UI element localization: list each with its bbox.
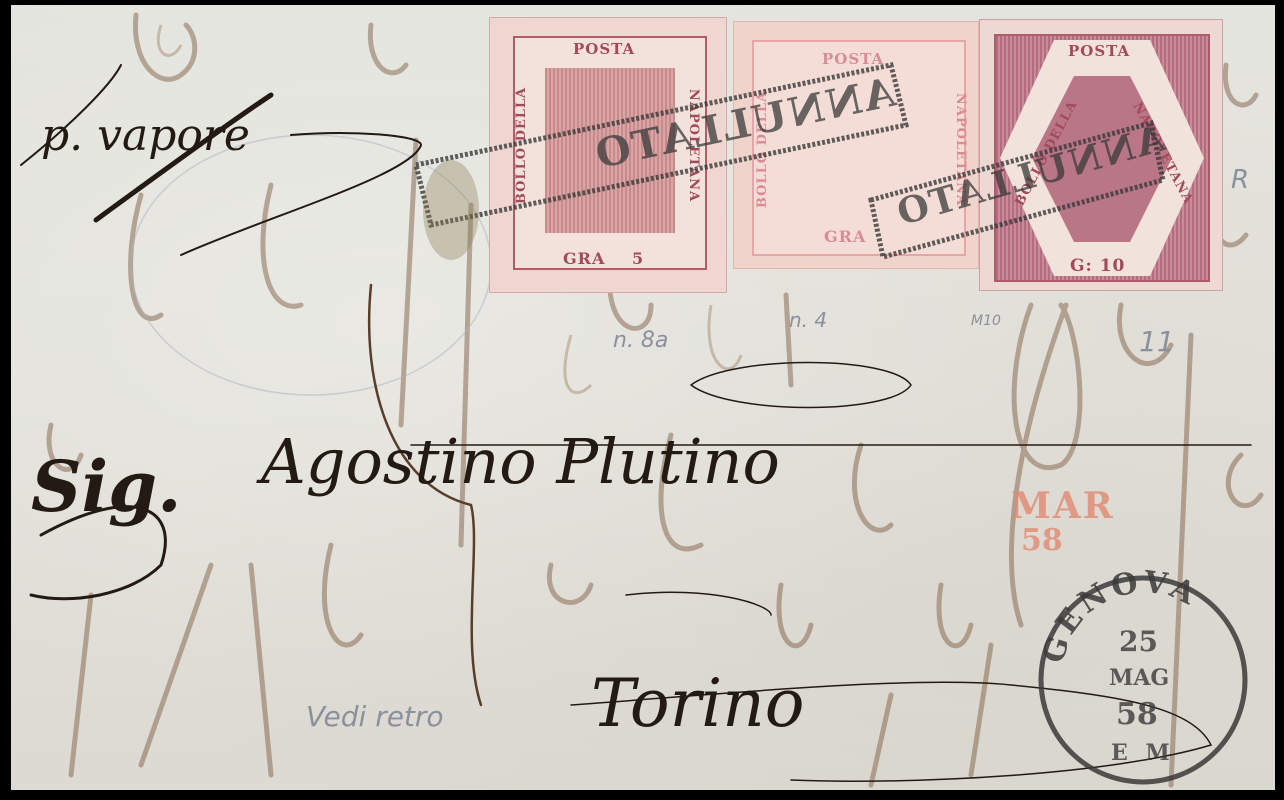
postmark-year: 58 [1116, 697, 1158, 732]
postmark-day: 25 [1119, 625, 1158, 658]
postmark-suffix: E M [1111, 740, 1170, 766]
genova-datestamp-ring: GENOVA [11, 5, 1275, 790]
postmark-month: MAG [1109, 665, 1169, 691]
letter-cover: POSTA GRA 5 BOLLO DELLA NAPOLETANA POSTA… [11, 5, 1275, 790]
